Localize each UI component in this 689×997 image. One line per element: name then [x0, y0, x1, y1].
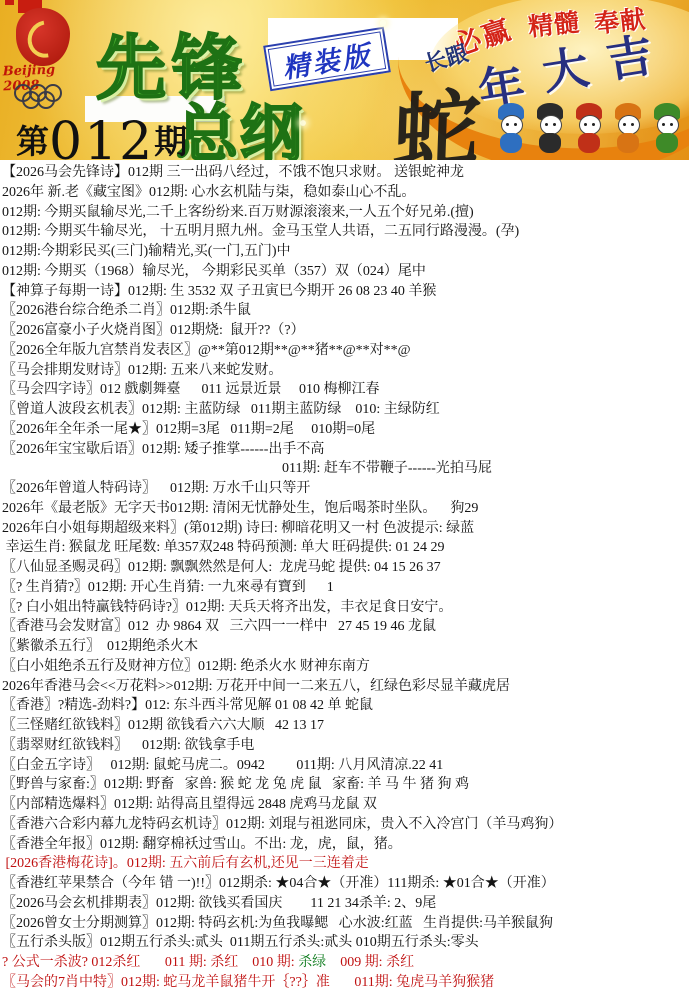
text-line-25: 〖紫徽杀五行〗 012期绝杀火木 — [2, 637, 689, 657]
zodiac-calligraphy: 蛇 — [391, 58, 482, 160]
text-line-11: 〖马会排期发财诗〗012期: 五来八来蛇发财。 — [2, 361, 689, 381]
body-lines: 【2026马会先锋诗】012期 三一出码八经过，不饿不饱只求财。 送银蛇神龙20… — [0, 160, 689, 993]
text-line-28: 〖香港〗?精选-劲料?】012: 东斗西斗常见解 01 08 42 单 蛇鼠 — [2, 696, 689, 716]
text-line-19: 2026年白小姐每期超级来料〗(第012期) 诗曰: 柳暗花明又一村 色波提示:… — [2, 519, 689, 539]
mascot-icon-2 — [533, 103, 567, 157]
issue-prefix: 第 — [16, 125, 49, 160]
text-line-37: 〖香港红苹果禁合（今年 错 一)!!〗012期杀: ★04合★（开准）111期杀… — [2, 874, 689, 894]
text-line-39: 〖2026曾女士分期测算〗012期: 特码玄机:为鱼我曝鳃 心水波:红蓝 生肖提… — [2, 914, 689, 934]
lottery-tip-sheet: Beijing 2008 先锋 总纲 第012期 精装版 必赢 精髓 奉献 长跟… — [0, 0, 689, 997]
text-line-23: 〖? 白小姐出特赢钱特码诗?〗012期: 天兵天将齐出发，丰衣足食日安宁。 — [2, 598, 689, 618]
text-line-18: 2026年《最老版》无字天书012期: 清闲无忧静处生，饱后喝茶时坐队。 狗29 — [2, 499, 689, 519]
text-line-7: 【神算子每期一诗】012期: 生 3532 双 子丑寅巳今期开 26 08 23… — [2, 282, 689, 302]
sparkle-icon — [300, 120, 306, 126]
text-line-34: 〖香港六合彩内幕九龙特码玄机诗〗012期: 刘琨与祖逖同床，贵入不入冷宫门（羊马… — [2, 815, 689, 835]
text-line-30: 〖翡翠财红欲钱料〗 012期: 欲钱拿手电 — [2, 736, 689, 756]
text-line-15: 〖2026年宝宝歇后语〗012期: 矮子推掌------出手不高 — [2, 440, 689, 460]
text-line-1: 【2026马会先锋诗】012期 三一出码八经过，不饿不饱只求财。 送银蛇神龙 — [2, 163, 689, 183]
text-line-24: 〖香港马会发财富〗012 办 9864 双 三六四一一样中 27 45 19 4… — [2, 617, 689, 637]
text-line-27: 2026年香港马会<<万花料>>012期: 万花开中间一二来五八，红绿色彩尽显羊… — [2, 677, 689, 697]
text-line-42: 〖马会的7肖中特〗012期: 蛇马龙羊鼠猪牛开｛??｝准 011期: 兔虎马羊狗… — [2, 973, 689, 993]
issue-label: 第012期 — [16, 112, 187, 160]
text-line-26: 〖白小姐绝杀五行及财神方位〗012期: 绝杀火水 财神东南方 — [2, 657, 689, 677]
text-line-38: 〖2026马会玄机排期表〗012期: 欲钱买看国庆 11 21 34杀羊: 2、… — [2, 894, 689, 914]
masthead-title-bottom: 总纲 — [176, 84, 304, 160]
mascot-row — [494, 103, 689, 158]
text-line-13: 〖曾道人波段玄机表〗012期: 主蓝防绿 011期主蓝防绿 010: 主绿防红 — [2, 400, 689, 420]
sparkle-icon — [380, 20, 386, 26]
text-line-20: 幸运生肖: 猴鼠龙 旺尾数: 单357双248 特码预测: 单大 旺码提供: 0… — [2, 538, 689, 558]
text-line-5: 012期:今期彩民买(三门)输精光,买(一门,五门)中 — [2, 242, 689, 262]
text-line-36: [2026香港梅花诗]。012期: 五六前后有玄机,还见一三连着走 — [2, 854, 689, 874]
text-line-2: 2026年 新.老《藏宝图》012期: 心水玄机陆与柒，稳如泰山心不乱。 — [2, 183, 689, 203]
text-line-14: 〖2026年全年杀一尾★〗012期=3尾 011期=2尾 010期=0尾 — [2, 420, 689, 440]
text-line-17: 〖2026年曾道人特码诗〗 012期: 万水千山只等开 — [2, 479, 689, 499]
mascot-icon-1 — [494, 103, 528, 157]
issue-number: 012 — [49, 112, 154, 160]
mascot-icon-5 — [650, 103, 684, 157]
olympic-emblem-icon — [16, 8, 70, 66]
text-line-16: 011期: 赶车不带鞭子------光拍马屁 — [2, 459, 689, 479]
header-banner: Beijing 2008 先锋 总纲 第012期 精装版 必赢 精髓 奉献 长跟… — [0, 0, 689, 160]
mascot-icon-4 — [611, 103, 645, 157]
text-line-4: 012期: 今期买牛输尽光， 十五明月照九州。金马玉堂人共语，二五同行路漫漫。(… — [2, 222, 689, 242]
text-line-32: 〖野兽与家畜:〗012期: 野畜 家兽: 猴 蛇 龙 兔 虎 鼠 家畜: 羊 马… — [2, 775, 689, 795]
text-line-6: 012期: 今期买（1968）输尽光， 今期彩民买单（357）双（024）尾中 — [2, 262, 689, 282]
text-line-9: 〖2026富豪小子火烧肖图〗012期烧: 鼠开??（?） — [2, 321, 689, 341]
issue-suffix: 期 — [154, 125, 187, 160]
text-line-40: 〖五行杀头版〗012期五行杀头:贰头 011期五行杀头:贰头 010期五行杀头:… — [2, 933, 689, 953]
text-line-22: 〖? 生肖猜?〗012期: 开心生肖猜: 一九來尋有寶到 1 — [2, 578, 689, 598]
text-line-31: 〖白金五字诗〗 012期: 鼠蛇马虎二。0942 011期: 八月风清凉.22 … — [2, 756, 689, 776]
text-line-33: 〖内部精选爆料〗012期: 站得高且望得远 2848 虎鸡马龙鼠 双 — [2, 795, 689, 815]
text-line-3: 012期: 今期买鼠输尽光,二千上客纷纷来.百万财源滚滚来,一人五个好兄弟.(擅… — [2, 203, 689, 223]
mascot-icon-3 — [572, 103, 606, 157]
red-corner-block-small — [5, 0, 14, 5]
text-line-10: 〖2026全年版九宫禁肖发表区〗@**第012期**@**猪**@**对**@ — [2, 341, 689, 361]
text-line-35: 〖香港全年报〗012期: 翻穿棉袄过雪山。不出: 龙，虎，鼠，猪。 — [2, 835, 689, 855]
text-line-41: ? 公式一杀波? 012杀红 011 期: 杀红 010 期: 杀绿 009 期… — [2, 953, 689, 973]
text-line-21: 〖八仙显圣赐灵码〗012期: 飘飘然然是何人: 龙虎马蛇 提供: 04 15 2… — [2, 558, 689, 578]
olympic-rings-icon — [14, 84, 84, 110]
text-line-8: 〖2026港台综合绝杀二肖〗012期:杀牛鼠 — [2, 301, 689, 321]
text-line-29: 〖三怪赌红欲钱料〗012期 欲钱看六六大顺 42 13 17 — [2, 716, 689, 736]
text-line-12: 〖马会四字诗〗012 戲劇舞臺 011 远景近景 010 梅柳江春 — [2, 380, 689, 400]
